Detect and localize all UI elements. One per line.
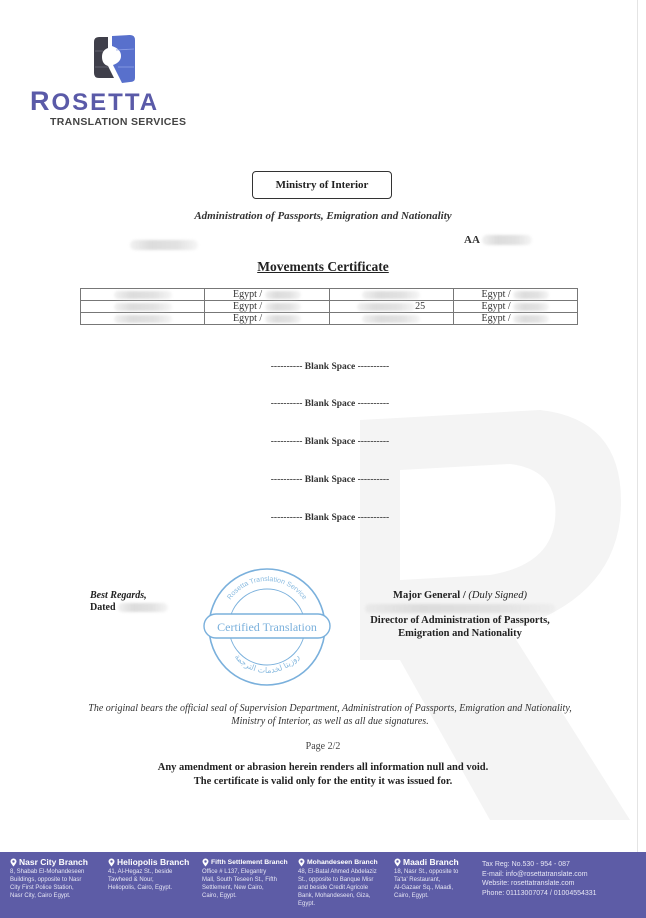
svg-text:روزيتا لخدمات الترجمة: روزيتا لخدمات الترجمة [233, 652, 301, 675]
rosetta-r-logo-icon [90, 34, 138, 86]
signer-title-1: Director of Administration of Passports, [340, 615, 580, 628]
ministry-heading: Ministry of Interior [252, 171, 392, 199]
reference-prefix: AA [464, 234, 479, 246]
certified-translation-stamp-icon: Certified Translation Rosetta Translatio… [200, 566, 334, 688]
location-pin-icon [202, 858, 209, 867]
blank-space-1: ---------- Blank Space ---------- [0, 362, 646, 372]
table-cell: Egypt / [453, 301, 577, 313]
administration-heading: Administration of Passports, Emigration … [0, 210, 646, 222]
logo-wordmark: ROSETTA [30, 86, 159, 117]
table-cell [81, 289, 205, 301]
regards-text: Best Regards, [90, 590, 168, 602]
table-row: Egypt / 25Egypt / [81, 301, 578, 313]
table-cell: Egypt / [205, 301, 329, 313]
page-number: Page 2/2 [0, 741, 646, 752]
phone-numbers: Phone: 01113007074 / 01004554331 [482, 889, 597, 899]
signer-block: Major General / (Duly Signed) Director o… [340, 590, 580, 640]
certificate-title: Movements Certificate [0, 259, 646, 275]
table-row: Egypt / Egypt / [81, 289, 578, 301]
document-page: ROSETTA TRANSLATION SERVICES Ministry of… [0, 0, 638, 918]
blank-space-3: ---------- Blank Space ---------- [0, 437, 646, 447]
stamp-center-text: Certified Translation [217, 620, 317, 634]
table-cell [329, 289, 453, 301]
website-link[interactable]: Website: rosettatranslate.com [482, 879, 597, 889]
validity-warning: Any amendment or abrasion herein renders… [0, 761, 646, 789]
regards-block: Best Regards, Dated [90, 590, 168, 614]
table-cell [81, 301, 205, 313]
seal-note: The original bears the official seal of … [80, 703, 580, 728]
table-cell: Egypt / [453, 289, 577, 301]
tax-registration: Tax Reg: No.530 - 954 - 087 [482, 860, 597, 870]
reference-number: AA [464, 234, 532, 246]
blank-space-5: ---------- Blank Space ---------- [0, 513, 646, 523]
movements-table: Egypt / Egypt / Egypt / 25Egypt / Egypt … [80, 288, 578, 325]
branch-nasr-city: Nasr City Branch 8, Shabab El-Mohandesee… [10, 857, 88, 900]
dated-line: Dated [90, 602, 168, 614]
table-cell: Egypt / [205, 313, 329, 325]
signer-rank-line: Major General / (Duly Signed) [340, 590, 580, 603]
location-pin-icon [108, 858, 115, 867]
location-pin-icon [298, 858, 305, 867]
blank-space-2: ---------- Blank Space ---------- [0, 399, 646, 409]
branch-mohandeseen: Mohandeseen Branch 48, El-Batal Ahmed Ab… [298, 857, 378, 908]
email-link[interactable]: E-mail: info@rosettatranslate.com [482, 870, 597, 880]
table-cell: Egypt / [205, 289, 329, 301]
table-row: Egypt / Egypt / [81, 313, 578, 325]
branch-heliopolis: Heliopolis Branch 41, Al-Hegaz St., besi… [108, 857, 189, 892]
rosetta-logo: ROSETTA TRANSLATION SERVICES [30, 34, 210, 134]
redacted-reference-left [130, 236, 198, 254]
location-pin-icon [394, 858, 401, 867]
table-cell [81, 313, 205, 325]
redacted-signer-name [340, 603, 580, 616]
contact-info: Tax Reg: No.530 - 954 - 087 E-mail: info… [482, 860, 597, 898]
table-cell: 25 [329, 301, 453, 313]
location-pin-icon [10, 858, 17, 867]
logo-subtitle: TRANSLATION SERVICES [50, 116, 186, 128]
table-cell: Egypt / [453, 313, 577, 325]
blank-space-4: ---------- Blank Space ---------- [0, 475, 646, 485]
branch-footer: Nasr City Branch 8, Shabab El-Mohandesee… [0, 852, 646, 918]
table-cell [329, 313, 453, 325]
branch-fifth-settlement: Fifth Settlement Branch Office # L137, E… [202, 857, 288, 900]
signer-title-2: Emigration and Nationality [340, 628, 580, 641]
branch-maadi: Maadi Branch 18, Nasr St., opposite to T… [394, 857, 459, 900]
